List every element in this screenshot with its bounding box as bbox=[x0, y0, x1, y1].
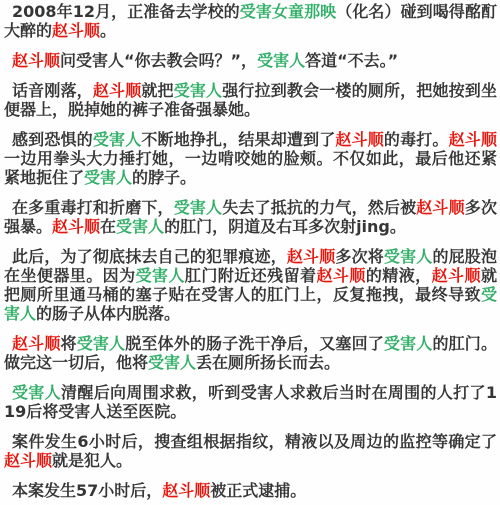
victim-name-highlight: 受害人 bbox=[12, 383, 61, 402]
victim-name-highlight: 受害人 bbox=[384, 334, 433, 353]
victim-name-highlight: 受害人 bbox=[136, 266, 185, 285]
victim-name-highlight: 受害人 bbox=[148, 353, 196, 372]
paragraph: 本案发生57小时后，赵斗顺被正式逮捕。 bbox=[4, 481, 497, 500]
paragraph: 2008年12月，正准备去学校的受害女童那映（化名）碰到喝得酩酊大醉的赵斗顺。 bbox=[4, 2, 497, 40]
body-text-run: 2008年12月，正准备去学校的 bbox=[12, 2, 240, 21]
perpetrator-name-highlight: 赵斗顺 bbox=[316, 266, 365, 285]
paragraph: 赵斗顺将受害人脱至体外的肠子洗干净后，又塞回了受害人的肛门。做完这一切后，他将受… bbox=[4, 334, 497, 372]
body-text-run: 在 bbox=[100, 217, 116, 236]
body-text-run: 的脖子。 bbox=[132, 168, 196, 187]
body-text-run: 话音刚落， bbox=[12, 81, 93, 100]
perpetrator-name-highlight: 赵斗顺 bbox=[432, 266, 481, 285]
body-text-run: 就把 bbox=[141, 81, 173, 100]
victim-name-highlight: 受害人 bbox=[384, 247, 433, 266]
body-text-run: 一边用拳头大力捶打她，一边啃咬她的脸颊。不仅如此，最后他还紧紧地扼住了 bbox=[4, 149, 497, 187]
body-text-run: 将 bbox=[61, 334, 77, 353]
victim-name-highlight: 受害人 bbox=[257, 51, 305, 70]
perpetrator-name-highlight: 赵斗顺 bbox=[449, 130, 497, 149]
body-text-run: 肛门附近还残留着 bbox=[185, 266, 317, 285]
perpetrator-name-highlight: 赵斗顺 bbox=[287, 247, 336, 266]
perpetrator-name-highlight: 赵斗顺 bbox=[335, 130, 384, 149]
perpetrator-name-highlight: 赵斗顺 bbox=[52, 21, 100, 40]
body-text-run: 失去了抵抗的力气，然后被 bbox=[222, 198, 416, 217]
body-text-run: 此后，为了彻底抹去自己的犯罪痕迹， bbox=[12, 247, 287, 266]
body-text-run: 的肛门，阴道及右耳多次射jing。 bbox=[164, 217, 406, 236]
body-text-run: 的精液， bbox=[366, 266, 432, 285]
perpetrator-name-highlight: 赵斗顺 bbox=[93, 81, 142, 100]
victim-name-highlight: 受害人 bbox=[174, 81, 223, 100]
body-text-run: 本案发生57小时后， bbox=[12, 481, 162, 500]
paragraph: 话音刚落，赵斗顺就把受害人强行拉到教会一楼的厕所，把她按到坐便器上，脱掉她的裤子… bbox=[4, 81, 497, 119]
victim-name-highlight: 受害人 bbox=[116, 217, 164, 236]
perpetrator-name-highlight: 赵斗顺 bbox=[416, 198, 465, 217]
paragraph: 案件发生6小时后，搜查组根据指纹，精液以及周边的监控等确定了赵斗顺就是犯人。 bbox=[4, 432, 497, 470]
body-text-run: 答道“不去。” bbox=[305, 51, 398, 70]
paragraph: 感到恐惧的受害人不断地挣扎，结果却遭到了赵斗顺的毒打。赵斗顺一边用拳头大力捶打她… bbox=[4, 130, 497, 187]
body-text-run: 在多重毒打和折磨下， bbox=[12, 198, 174, 217]
body-text-run: 案件发生6小时后，搜查组根据指纹，精液以及周边的监控等确定了 bbox=[12, 432, 497, 451]
perpetrator-name-highlight: 赵斗顺 bbox=[12, 51, 60, 70]
victim-name-highlight: 受害人 bbox=[77, 334, 126, 353]
body-text-run: 脱至体外的肠子洗干净后，又塞回了 bbox=[125, 334, 384, 353]
perpetrator-name-highlight: 赵斗顺 bbox=[162, 481, 210, 500]
body-text-run: 多次将 bbox=[335, 247, 384, 266]
victim-name-highlight: 受害人 bbox=[174, 198, 223, 217]
body-text-run: 就是犯人。 bbox=[52, 451, 132, 470]
body-text-run: 被正式逮捕。 bbox=[210, 481, 306, 500]
victim-name-highlight: 受害人 bbox=[93, 130, 142, 149]
body-text-run: 的肠子从体内脱落。 bbox=[36, 304, 180, 323]
perpetrator-name-highlight: 赵斗顺 bbox=[52, 217, 100, 236]
body-text-run: 问受害人“你去教会吗？”， bbox=[60, 51, 257, 70]
body-text-run: 不断地挣扎，结果却遭到了 bbox=[141, 130, 335, 149]
body-text-run: 感到恐惧的 bbox=[12, 130, 93, 149]
paragraph: 受害人清醒后向周围求救，听到受害人求救后当时在周围的人打了119后将受害人送至医… bbox=[4, 383, 497, 421]
perpetrator-name-highlight: 赵斗顺 bbox=[12, 334, 61, 353]
paragraph: 在多重毒打和折磨下，受害人失去了抵抗的力气，然后被赵斗顺多次强暴。赵斗顺在受害人… bbox=[4, 198, 497, 236]
body-text-run: 。 bbox=[100, 21, 116, 40]
victim-name-highlight: 受害人 bbox=[84, 168, 132, 187]
victim-name-highlight: 受害女童那映 bbox=[240, 2, 336, 21]
perpetrator-name-highlight: 赵斗顺 bbox=[4, 451, 52, 470]
paragraph: 此后，为了彻底抹去自己的犯罪痕迹，赵斗顺多次将受害人的屁股泡在坐便器里。因为受害… bbox=[4, 247, 497, 323]
article: 2008年12月，正准备去学校的受害女童那映（化名）碰到喝得酩酊大醉的赵斗顺。赵… bbox=[0, 0, 500, 500]
body-text-run: 的毒打。 bbox=[384, 130, 449, 149]
body-text-run: 丢在厕所扬长而去。 bbox=[196, 353, 340, 372]
paragraph: 赵斗顺问受害人“你去教会吗？”，受害人答道“不去。” bbox=[4, 51, 497, 70]
body-text-run: 清醒后向周围求救，听到受害人求救后当时在周围的人打了119后将受害人送至医院。 bbox=[4, 383, 497, 421]
